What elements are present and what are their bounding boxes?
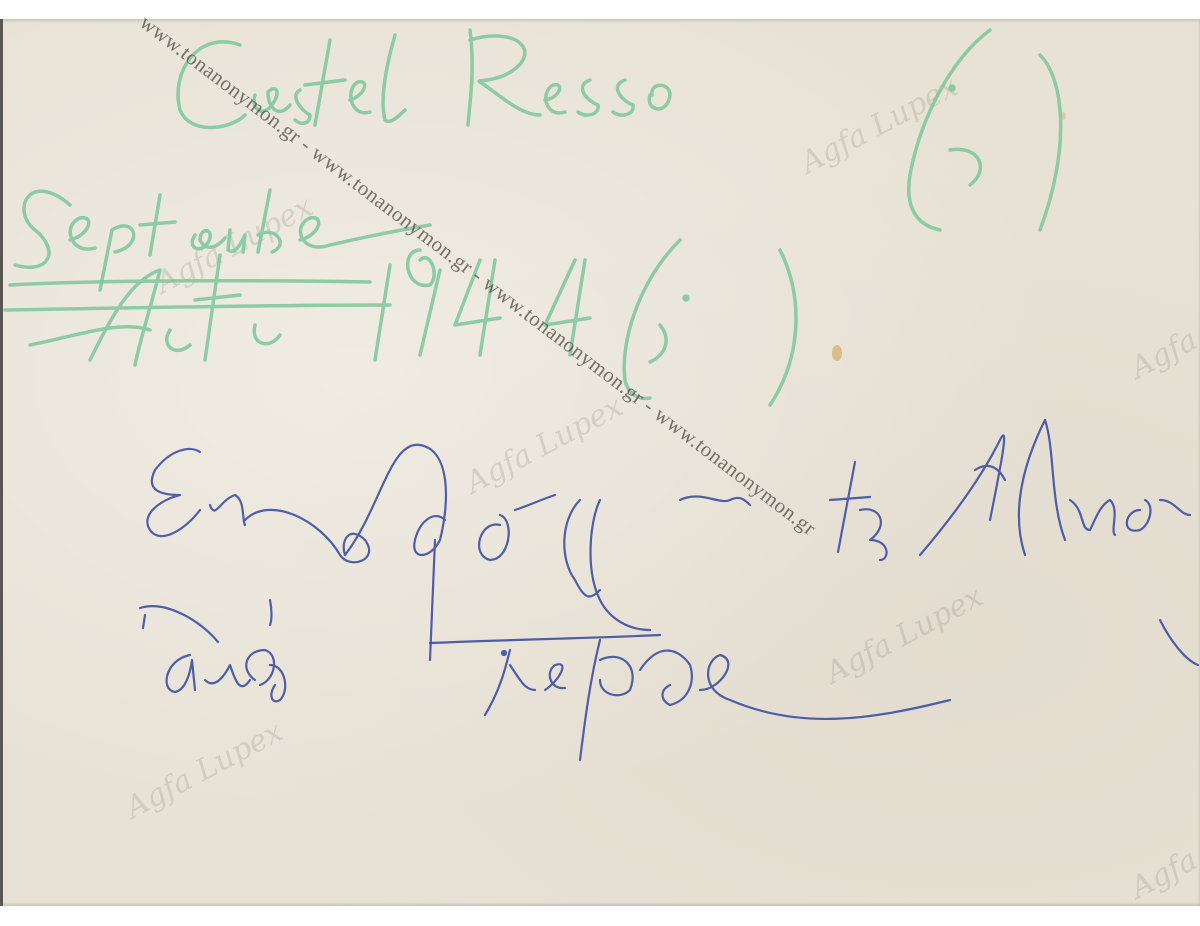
- pencil-aout-1934: [5, 240, 796, 405]
- pencil-castel-rosso: [178, 30, 1061, 230]
- ink-line-2: [140, 600, 1198, 760]
- handwriting-strokes: [0, 0, 1200, 926]
- ink-line-1: [147, 420, 1190, 660]
